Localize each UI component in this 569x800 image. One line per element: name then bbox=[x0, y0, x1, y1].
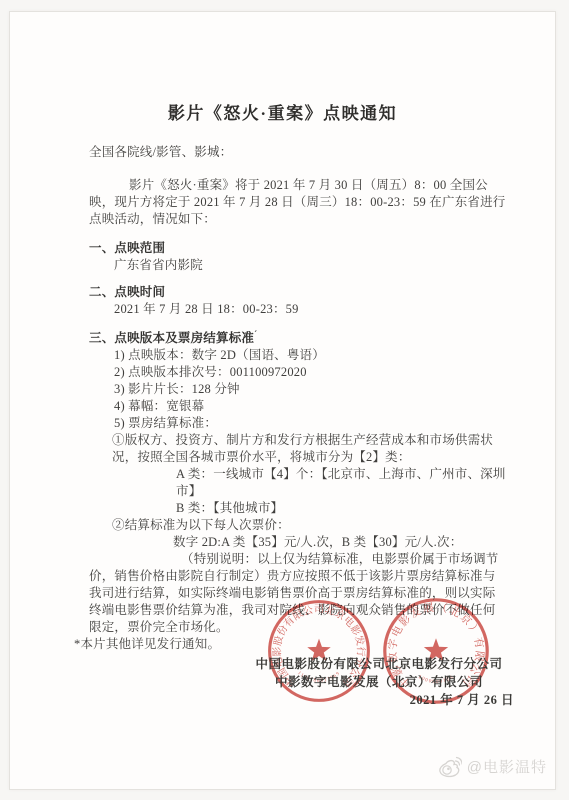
page-title: 影片《怒火·重案》点映通知 bbox=[10, 104, 555, 124]
section-time: 二、点映时间 2021 年 7 月 28 日 18：00-23：59 bbox=[89, 284, 507, 318]
list-item: 4) 幕幅：宽银幕 bbox=[89, 398, 507, 415]
price-line: 数字 2D:A 类【35】元/人.次，B 类【30】元/人.次： bbox=[89, 534, 507, 551]
heading-tick-mark: ˊ bbox=[254, 329, 257, 339]
watermark: @电影温特 bbox=[435, 756, 547, 779]
clause-settlement: ②结算标准为以下每人次票价： bbox=[89, 517, 507, 534]
company-name-1: 中国电影股份有限公司北京电影发行分公司 bbox=[229, 655, 529, 673]
section-standards: 三、点映版本及票房结算标准ˊ 1) 点映版本：数字 2D（国语、粤语） 2) 点… bbox=[89, 326, 507, 636]
company-name-2: 中影数字电影发展（北京）有限公司 bbox=[229, 673, 529, 691]
weibo-icon bbox=[435, 756, 462, 779]
watermark-handle: @电影温特 bbox=[467, 759, 547, 776]
clause-city-classes: ①版权方、投资方、制片方和发行方根据生产经营成本和市场供需状况，按照全国各城市票… bbox=[89, 432, 507, 466]
document-page: 影片《怒火·重案》点映通知 全国各院线/影管、影城： 影片《怒火·重案》将于 2… bbox=[9, 11, 556, 790]
list-item: 1) 点映版本：数字 2D（国语、粤语） bbox=[89, 347, 507, 364]
section-standards-heading-text: 三、点映版本及票房结算标准 bbox=[89, 331, 254, 345]
signature-block: 中国电影股份有限公司北京电影发行分公司 中影数字电影发展（北京）有限公司 202… bbox=[229, 655, 529, 709]
list-item: 5) 票房结算标准： bbox=[89, 415, 507, 432]
salutation-line: 全国各院线/影管、影城： bbox=[89, 144, 507, 161]
section-time-heading: 二、点映时间 bbox=[89, 284, 507, 301]
intro-paragraph: 影片《怒火·重案》将于 2021 年 7 月 30 日（周五）8：00 全国公映… bbox=[89, 177, 507, 228]
class-a-line: A 类：一线城市【4】个：【北京市、上海市、广州市、深圳市】 bbox=[89, 466, 507, 500]
photo-background: 影片《怒火·重案》点映通知 全国各院线/影管、影城： 影片《怒火·重案》将于 2… bbox=[0, 0, 569, 800]
section-time-body: 2021 年 7 月 28 日 18：00-23：59 bbox=[89, 301, 507, 318]
section-scope-heading: 一、点映范围 bbox=[89, 240, 507, 257]
section-scope-body: 广东省省内影院 bbox=[89, 257, 507, 274]
section-scope: 一、点映范围 广东省省内影院 bbox=[89, 240, 507, 274]
section-standards-heading: 三、点映版本及票房结算标准ˊ bbox=[89, 326, 507, 347]
list-item: 2) 点映版本排次号：001100972020 bbox=[89, 364, 507, 381]
list-item: 3) 影片片长：128 分钟 bbox=[89, 381, 507, 398]
class-b-line: B 类：【其他城市】 bbox=[89, 500, 507, 517]
signature-date: 2021 年 7 月 26 日 bbox=[229, 691, 529, 709]
